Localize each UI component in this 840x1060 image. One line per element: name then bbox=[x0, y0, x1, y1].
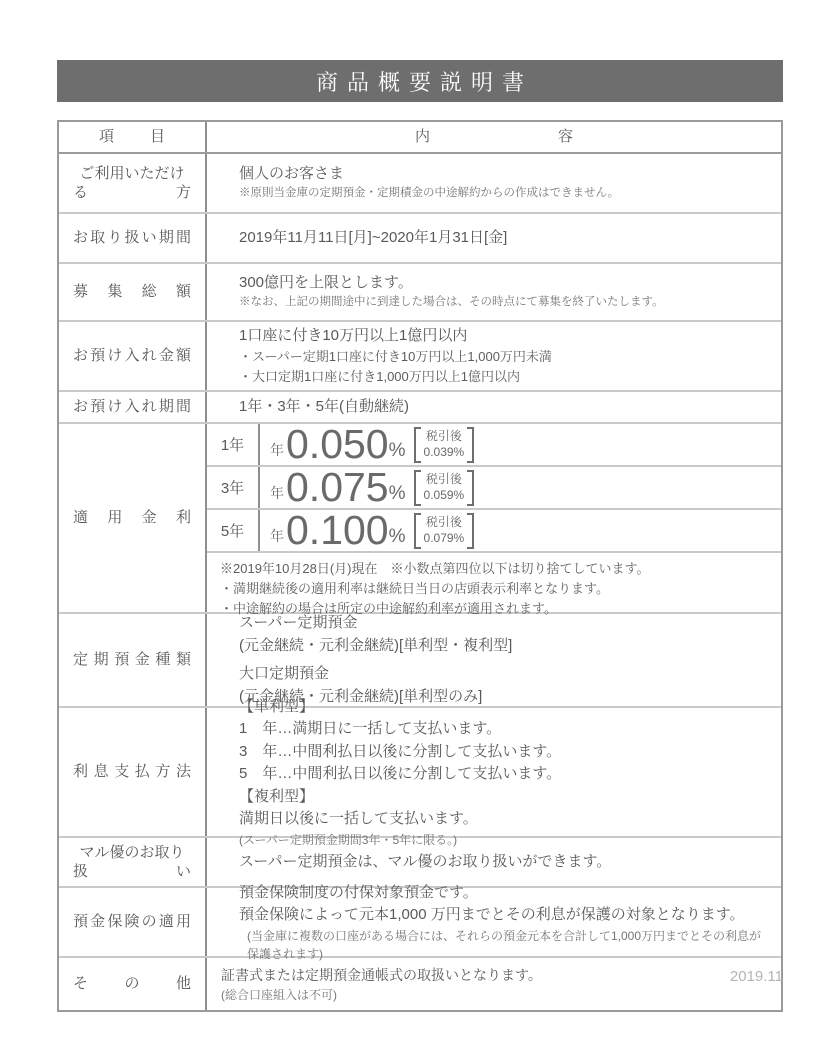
bracket-left bbox=[414, 427, 421, 463]
after-tax-label: 税引後 bbox=[426, 515, 462, 531]
rate-note: ※2019年10月28日(月)現在 ※小数点第四位以下は切り捨てしています。 bbox=[220, 559, 771, 579]
row-eligible: ご利用いただける方 個人のお客さま ※原則当金庫の定期預金・定期積金の中途解約か… bbox=[59, 154, 781, 214]
row-total: 募集総額 300億円を上限とします。 ※なお、上記の期間途中に到達した場合は、そ… bbox=[59, 264, 781, 322]
rate-note: ・満期継続後の適用利率は継続日当日の店頭表示利率となります。 bbox=[220, 579, 771, 599]
row-note-text: (総合口座組入は不可) bbox=[221, 986, 767, 1004]
row-main-text: 5 年…中間利払日以後に分割して支払います。 bbox=[239, 763, 767, 786]
rate-prefix: 年 bbox=[270, 440, 284, 460]
version-date: 2019.11 bbox=[57, 968, 783, 985]
header-content-char-right: 容 bbox=[558, 126, 573, 149]
rate-term: 1年 bbox=[207, 424, 260, 465]
rate-value: 0.075 bbox=[286, 467, 389, 508]
header-content-char-left: 内 bbox=[415, 126, 430, 149]
rate-row-3y: 3年 年 0.075 % 税引後 0.059% bbox=[207, 467, 781, 510]
row-label: 適用金利 bbox=[73, 508, 191, 528]
row-label: 預金保険の適用 bbox=[73, 912, 191, 932]
bracket-left bbox=[414, 513, 421, 549]
row-main-text: 1年・3年・5年(自動継続) bbox=[239, 396, 767, 419]
row-main-text: 【単利型】 bbox=[239, 696, 767, 719]
document-title: 商品概要説明書 bbox=[57, 60, 783, 102]
document-page: 商品概要説明書 項目 内 容 ご利用いただける方 個人のお客さま ※原則当金庫の… bbox=[57, 60, 783, 1012]
row-deposit-insurance: 預金保険の適用 預金保険制度の付保対象預金です。 預金保険によって元本1,000… bbox=[59, 888, 781, 958]
bracket-right bbox=[467, 470, 474, 506]
row-main-text: 300億円を上限とします。 bbox=[239, 272, 767, 295]
bracket-right bbox=[467, 427, 474, 463]
row-label: 利息支払方法 bbox=[73, 762, 191, 782]
row-label: マル優のお取り扱い bbox=[73, 843, 191, 882]
row-term: お預け入れ期間 1年・3年・5年(自動継続) bbox=[59, 392, 781, 424]
row-note-text: ※なお、上記の期間途中に到達した場合は、その時点にて募集を終了いたします。 bbox=[239, 294, 767, 312]
rate-percent-sign: % bbox=[389, 440, 406, 462]
rate-row-1y: 1年 年 0.050 % 税引後 0.039% bbox=[207, 424, 781, 467]
after-tax-bracket: 税引後 0.059% bbox=[414, 470, 475, 506]
row-rates: 適用金利 1年 年 0.050 % 税引後 0.039% bbox=[59, 424, 781, 614]
rates-content: 1年 年 0.050 % 税引後 0.039% bbox=[207, 424, 781, 612]
after-tax-label: 税引後 bbox=[426, 429, 462, 445]
after-tax-rate: 0.039% bbox=[424, 445, 465, 461]
rate-value: 0.050 bbox=[286, 424, 389, 465]
rate-term: 3年 bbox=[207, 467, 260, 508]
header-content-cell: 内 容 bbox=[207, 122, 781, 152]
row-label: 定期預金種類 bbox=[73, 650, 191, 670]
row-main-text: 大口定期預金 bbox=[239, 663, 767, 686]
row-main-text: 満期日以後に一括して支払います。 bbox=[239, 808, 767, 831]
row-main-text: 1口座に付き10万円以上1億円以内 bbox=[239, 325, 767, 348]
product-summary-table: 項目 内 容 ご利用いただける方 個人のお客さま ※原則当金庫の定期預金・定期積… bbox=[57, 120, 783, 1012]
after-tax-bracket: 税引後 0.079% bbox=[414, 513, 475, 549]
row-main-text: (元金継続・元利金継続)[単利型・複利型] bbox=[239, 635, 767, 658]
header-item-cell: 項目 bbox=[59, 122, 207, 152]
rate-percent-sign: % bbox=[389, 526, 406, 548]
row-maruyu: マル優のお取り扱い スーパー定期預金は、マル優のお取り扱いができます。 bbox=[59, 838, 781, 888]
header-item-label: 項目 bbox=[99, 127, 165, 147]
row-main-text: スーパー定期預金 bbox=[239, 612, 767, 635]
rate-prefix: 年 bbox=[270, 526, 284, 546]
rate-percent-sign: % bbox=[389, 483, 406, 505]
after-tax-label: 税引後 bbox=[426, 472, 462, 488]
row-label: ご利用いただける方 bbox=[73, 164, 191, 203]
row-amount: お預け入れ金額 1口座に付き10万円以上1億円以内 ・スーパー定期1口座に付き1… bbox=[59, 322, 781, 392]
after-tax-rate: 0.079% bbox=[424, 531, 465, 547]
row-period: お取り扱い期間 2019年11月11日[月]~2020年1月31日[金] bbox=[59, 214, 781, 264]
row-note-text: ※原則当金庫の定期預金・定期積金の中途解約からの作成はできません。 bbox=[239, 185, 767, 203]
row-label: お預け入れ期間 bbox=[73, 397, 191, 417]
row-main-text: 3 年…中間利払日以後に分割して支払います。 bbox=[239, 741, 767, 764]
after-tax-rate: 0.059% bbox=[424, 488, 465, 504]
after-tax-bracket: 税引後 0.039% bbox=[414, 427, 475, 463]
bracket-right bbox=[467, 513, 474, 549]
rate-prefix: 年 bbox=[270, 483, 284, 503]
rate-term: 5年 bbox=[207, 510, 260, 551]
row-main-text: 預金保険によって元本1,000 万円までとその利息が保護の対象となります。 bbox=[239, 904, 767, 927]
row-main-text: 個人のお客さま bbox=[239, 163, 767, 186]
row-main-text: 預金保険制度の付保対象預金です。 bbox=[239, 882, 767, 905]
row-main-text: 1 年…満期日に一括して支払います。 bbox=[239, 718, 767, 741]
rate-row-5y: 5年 年 0.100 % 税引後 0.079% bbox=[207, 510, 781, 553]
row-interest-payment: 利息支払方法 【単利型】 1 年…満期日に一括して支払います。 3 年…中間利払… bbox=[59, 708, 781, 838]
row-sub-text: ・大口定期1口座に付き1,000万円以上1億円以内 bbox=[239, 367, 767, 387]
row-deposit-types: 定期預金種類 スーパー定期預金 (元金継続・元利金継続)[単利型・複利型] 大口… bbox=[59, 614, 781, 708]
bracket-left bbox=[414, 470, 421, 506]
row-label: お預け入れ金額 bbox=[73, 346, 191, 366]
rate-value: 0.100 bbox=[286, 510, 389, 551]
row-label: 募集総額 bbox=[73, 282, 191, 302]
row-main-text: 【複利型】 bbox=[239, 786, 767, 809]
table-header-row: 項目 内 容 bbox=[59, 122, 781, 154]
row-main-text: 2019年11月11日[月]~2020年1月31日[金] bbox=[239, 227, 767, 250]
row-main-text: スーパー定期預金は、マル優のお取り扱いができます。 bbox=[239, 851, 767, 874]
row-sub-text: ・スーパー定期1口座に付き10万円以上1,000万円未満 bbox=[239, 347, 767, 367]
row-label: お取り扱い期間 bbox=[73, 228, 191, 248]
